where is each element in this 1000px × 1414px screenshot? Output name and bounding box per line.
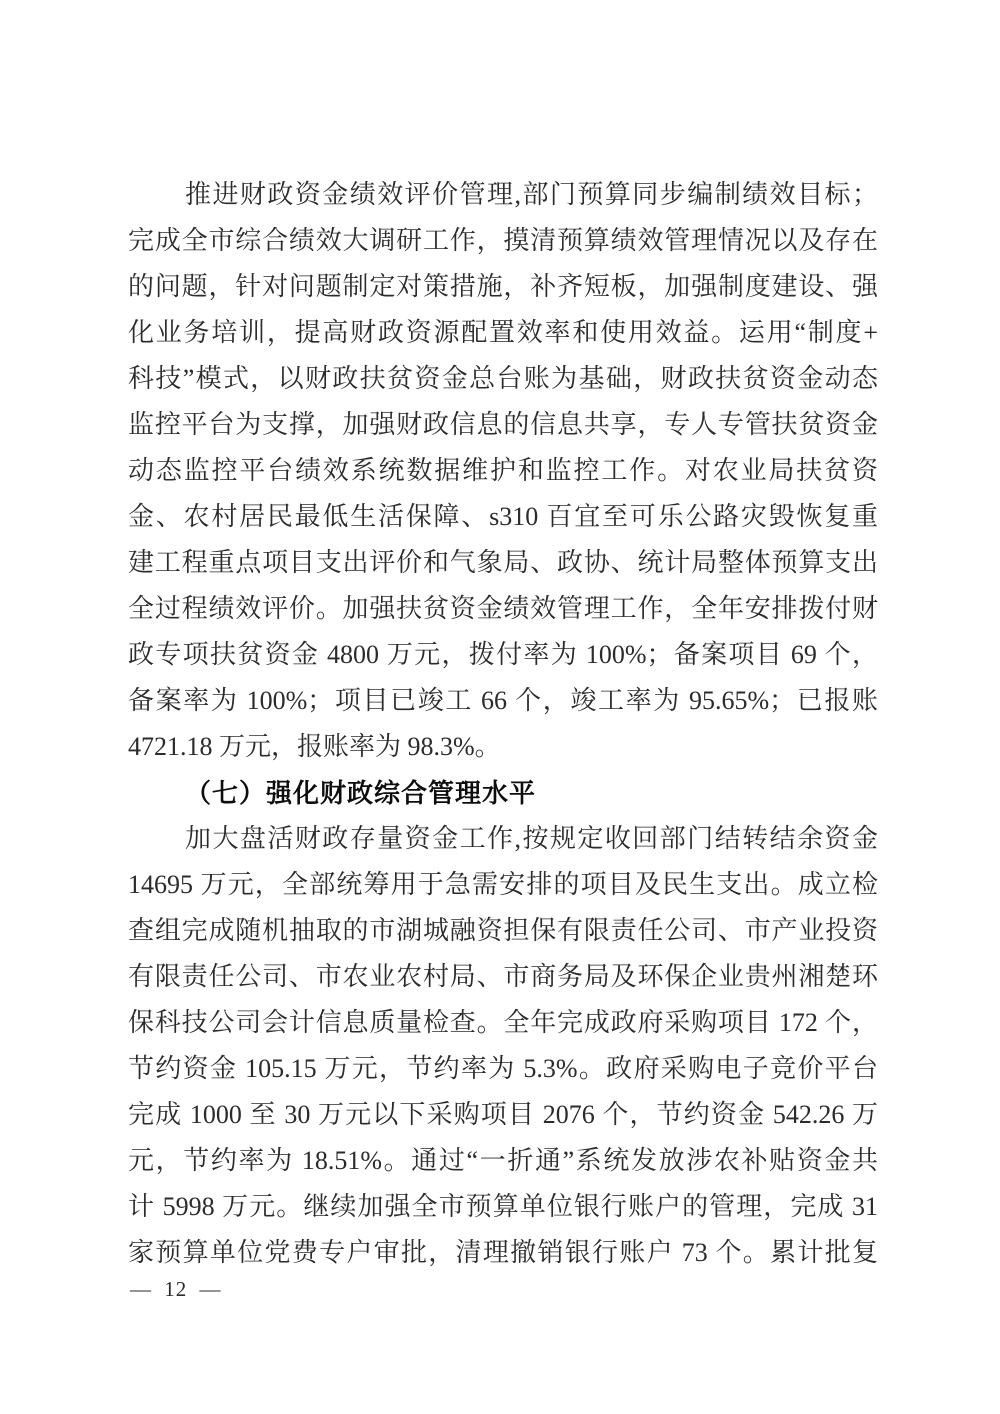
paragraph1-line: 动态监控平台绩效系统数据维护和监控工作。对农业局扶贫资 — [128, 448, 878, 494]
paragraph2-line: 家预算单位党费专户审批，清理撤销银行账户 73 个。累计批复 — [128, 1230, 878, 1276]
section-heading: （七）强化财政综合管理水平 — [128, 770, 878, 816]
paragraph2-line: 加大盘活财政存量资金工作,按规定收回部门结转结余资金 — [128, 816, 878, 862]
paragraph1-line: 备案率为 100%；项目已竣工 66 个，竣工率为 95.65%；已报账 — [128, 678, 878, 724]
paragraph2-line: 保科技公司会计信息质量检查。全年完成政府采购项目 172 个， — [128, 1000, 878, 1046]
paragraph1-line: 政专项扶贫资金 4800 万元，拨付率为 100%；备案项目 69 个， — [128, 632, 878, 678]
paragraph1-line: 化业务培训，提高财政资源配置效率和使用效益。运用“制度+ — [128, 310, 878, 356]
paragraph1-line: 推进财政资金绩效评价管理,部门预算同步编制绩效目标； — [128, 172, 878, 218]
paragraph1-last-line: 4721.18 万元，报账率为 98.3%。 — [128, 724, 878, 770]
paragraph2-line: 14695 万元，全部统筹用于急需安排的项目及民生支出。成立检 — [128, 862, 878, 908]
paragraph1-line: 监控平台为支撑，加强财政信息的信息共享，专人专管扶贫资金 — [128, 402, 878, 448]
paragraph2-line: 节约资金 105.15 万元，节约率为 5.3%。政府采购电子竞价平台 — [128, 1046, 878, 1092]
document-page: 推进财政资金绩效评价管理,部门预算同步编制绩效目标； 完成全市综合绩效大调研工作… — [0, 0, 1000, 1414]
paragraph1-line: 完成全市综合绩效大调研工作，摸清预算绩效管理情况以及存在 — [128, 218, 878, 264]
paragraph1-line: 建工程重点项目支出评价和气象局、政协、统计局整体预算支出 — [128, 540, 878, 586]
body-text-block: 推进财政资金绩效评价管理,部门预算同步编制绩效目标； 完成全市综合绩效大调研工作… — [128, 172, 878, 1276]
paragraph2-line: 元，节约率为 18.51%。通过“一折通”系统发放涉农补贴资金共 — [128, 1138, 878, 1184]
paragraph2-line: 计 5998 万元。继续加强全市预算单位银行账户的管理，完成 31 — [128, 1184, 878, 1230]
paragraph1-line: 科技”模式，以财政扶贫资金总台账为基础，财政扶贫资金动态 — [128, 356, 878, 402]
page-number: — 12 — — [130, 1276, 222, 1302]
paragraph2-line: 查组完成随机抽取的市湖城融资担保有限责任公司、市产业投资 — [128, 908, 878, 954]
paragraph1-line: 金、农村居民最低生活保障、s310 百宜至可乐公路灾毁恢复重 — [128, 494, 878, 540]
paragraph2-line: 完成 1000 至 30 万元以下采购项目 2076 个，节约资金 542.26… — [128, 1092, 878, 1138]
paragraph1-line: 全过程绩效评价。加强扶贫资金绩效管理工作，全年安排拨付财 — [128, 586, 878, 632]
paragraph1-line: 的问题，针对问题制定对策措施，补齐短板，加强制度建设、强 — [128, 264, 878, 310]
paragraph2-line: 有限责任公司、市农业农村局、市商务局及环保企业贵州湘楚环 — [128, 954, 878, 1000]
